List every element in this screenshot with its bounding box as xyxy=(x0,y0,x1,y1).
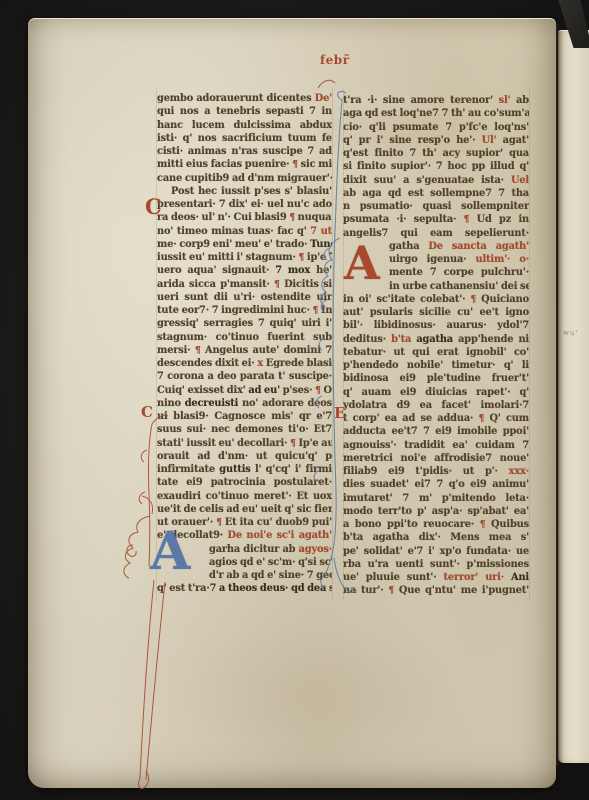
text-segment: Quibus xyxy=(491,519,529,530)
text-segment: he' xyxy=(316,265,332,276)
text-segment: ip'e 7 xyxy=(307,252,332,263)
text-segment: Angelus aute' domini 7 xyxy=(205,345,332,356)
text-segment: agios qd e' sc'm· q'si sc'a deil' xyxy=(209,557,332,568)
text-segment: bidinosa ei9 ple'tudine fruer't' xyxy=(343,373,529,384)
text-line: gatha De sancta agath' xyxy=(343,240,529,253)
text-segment: ue'it de celis ad eu' ueit q' sic fier'7 xyxy=(157,504,332,515)
text-segment: agatha xyxy=(416,334,453,345)
text-segment: aut' psularis sicilie cu' ee't igno xyxy=(343,307,529,318)
text-segment: cane cupitib9 ad d'nm migrauer'· xyxy=(157,173,332,184)
text-line: in oi' sc'itate colebat'· ¶ Quiciano xyxy=(343,293,529,306)
text-segment: dixit suu' a s'genuatae ista· xyxy=(343,175,504,186)
text-segment: nuqua' xyxy=(298,212,332,223)
folio-month-heading: febr̃ xyxy=(320,53,350,67)
text-line: mitti eius facias puenire· ¶ sic mi xyxy=(157,158,332,171)
text-line: dixit suu' a s'genuatae ista· Uel xyxy=(343,174,529,187)
text-segment: ue' pluuie sunt'· xyxy=(343,572,437,583)
text-segment: tute eor7· 7 ingredimini huc· xyxy=(157,305,310,316)
text-segment: ab aga qd est sollempne7 7 tha xyxy=(343,188,529,199)
text-line: qui nos a tenebris sepasti 7 in xyxy=(157,105,332,118)
text-line: dies suadet' ei7 7 q'o ei9 animu' xyxy=(343,478,529,491)
text-segment: filiab9 ei9 t'pidis· ut p'· xyxy=(343,466,498,477)
text-segment: psumata ·i· sepulta· xyxy=(343,214,456,225)
text-segment: decreuisti xyxy=(185,398,239,409)
text-segment: sine xyxy=(329,583,332,594)
text-segment: no' adorare deos xyxy=(242,398,332,409)
text-line: cisti· animas n'ras suscipe 7 ad xyxy=(157,145,332,158)
text-line: q'est finito 7 th' acy supior' qua xyxy=(343,147,529,160)
text-segment: cio· q'li psumate 7 p'fc'e loq'ns' xyxy=(343,122,529,133)
paraph-mark: ¶ xyxy=(464,215,470,225)
text-line: uirgo igenua· ultim'· o· xyxy=(343,253,529,266)
text-segment: e' decollat9· xyxy=(157,530,223,541)
text-segment: meretrici noi'e affrodisie7 noue' xyxy=(343,453,529,464)
text-line: pe' solidat' e'7 i' xp'o fundata· ue xyxy=(343,545,529,558)
text-segment: angelis7 qui eam sepelierunt· xyxy=(343,228,529,239)
text-line: adducta ee't7 7 ei9 imobile ppoi' xyxy=(343,425,529,438)
text-segment: ad eu' xyxy=(248,385,280,396)
text-segment: infirmitate xyxy=(157,464,215,475)
paraph-mark: ¶ xyxy=(388,586,394,596)
text-segment: sl' xyxy=(499,95,511,106)
text-segment: In xyxy=(321,305,332,316)
text-segment: hanc lucem dulcissima abdux xyxy=(157,120,332,131)
text-segment: uirgo igenua· xyxy=(389,254,466,265)
text-line: no' timeo minas tuas· fac q' 7 ut xyxy=(157,225,332,238)
paraph-mark: ¶ xyxy=(289,213,295,223)
text-line: psumata ·i· sepulta· ¶ Ud pz in xyxy=(343,213,529,226)
text-segment: modo terr'to p' asp'a· sp'abat' ea' xyxy=(343,506,529,517)
text-segment: Tunc xyxy=(310,239,332,250)
text-segment: p'ses· xyxy=(283,385,313,396)
text-line: Cuiq' exisset dix' ad eu' p'ses· ¶ Om xyxy=(157,384,332,397)
text-segment: agnouiss'· tradidit ea' cuidam 7 xyxy=(343,440,529,451)
text-line: gressiq' serragies 7 quiq' uiri i' xyxy=(157,317,332,330)
text-segment: Ud pz in xyxy=(477,214,529,225)
ruling-line xyxy=(529,87,530,601)
text-segment: Ani xyxy=(511,572,529,583)
text-segment: Que q'ntu' me i'pugnet' xyxy=(399,585,529,596)
text-line: exaudiri co'tinuo meret'· Et uox xyxy=(157,490,332,503)
text-line: mente 7 corpe pulchru'· xyxy=(343,266,529,279)
text-segment: stagnum· co'tinuo fuerint sub xyxy=(157,332,332,343)
paraph-mark: ¶ xyxy=(290,439,296,449)
text-line: rba u'ra uenti sunt'· p'missiones xyxy=(343,558,529,571)
paraph-mark: ¶ xyxy=(216,518,222,528)
text-segment: uero aqua' signauit· xyxy=(157,265,269,276)
text-segment: aga qd est loq'ne7 7 th' au co'sum'a xyxy=(343,108,529,119)
text-segment: t'ra ·i· sine amore terenor' xyxy=(343,95,493,106)
text-segment: xxx· xyxy=(509,466,529,477)
text-line: stati' iussit eu' decollari· ¶ Ip'e aute… xyxy=(157,437,332,450)
text-segment: t corp' ea ad se addua· xyxy=(343,413,473,424)
text-segment: pe' solidat' e'7 i' xp'o fundata· ue xyxy=(343,546,529,557)
text-line: gembo adorauerunt dicentes De' xyxy=(157,92,332,105)
text-line: t'ra ·i· sine amore terenor' sl' ab xyxy=(343,94,529,107)
text-line: b'ta agatha dix'· Mens mea s' xyxy=(343,531,529,544)
text-line: Post hec iussit p'ses s' blasiu' xyxy=(157,185,332,198)
text-segment: cisti· animas n'ras suscipe 7 ad xyxy=(157,146,332,157)
text-line: isti· q' nos sacrificium tuum fe xyxy=(157,132,332,145)
text-line: q' pr i' sine resp'o he'· Ul' agat' xyxy=(343,134,529,147)
text-segment: gembo adorauerunt dicentes xyxy=(157,93,311,104)
text-segment: tate ei9 patrocinia postularet· xyxy=(157,477,332,488)
text-line: tate ei9 patrocinia postularet· xyxy=(157,476,332,489)
text-segment: q' auam ei9 diuicias rapet'· q' xyxy=(343,387,529,398)
text-segment: descendes dixit ei· xyxy=(157,358,255,369)
text-line: aga qd est loq'ne7 7 th' au co'sum'a xyxy=(343,107,529,120)
text-segment: Q' cum xyxy=(489,413,529,424)
paraph-mark: ¶ xyxy=(479,414,485,424)
text-segment: qui nos a tenebris sepasti 7 in xyxy=(157,106,332,117)
text-line: bil'· libidinosus· auarus· ydol'7 xyxy=(343,319,529,332)
text-segment: ab xyxy=(516,95,529,106)
text-line: p'hendedo nobile' timetur· q' li xyxy=(343,359,529,372)
text-line: ab aga qd est sollempne7 7 tha xyxy=(343,187,529,200)
text-segment: Uel xyxy=(511,175,529,186)
text-segment: ueri sunt dii u'ri· ostendite uir xyxy=(157,292,332,303)
text-segment: stati' iussit eu' decollari· xyxy=(157,438,287,449)
text-segment: in oi' sc'itate colebat'· xyxy=(343,294,465,305)
paraph-mark: ¶ xyxy=(274,280,280,290)
text-line: a bono ppi'to reuocare· ¶ Quibus xyxy=(343,518,529,531)
text-segment: exaudiri co'tinuo meret'· Et uox xyxy=(157,491,332,502)
text-segment: x xyxy=(257,358,263,369)
text-segment: a bono ppi'to reuocare· xyxy=(343,519,474,530)
text-segment: deditus· xyxy=(343,334,386,345)
text-segment: rba u'ra uenti sunt'· p'missiones xyxy=(343,559,529,570)
text-line: agnouiss'· tradidit ea' cuidam 7 xyxy=(343,439,529,452)
text-segment: ra deos· ul' n'· Cui blasi9 xyxy=(157,212,287,223)
text-segment: p'hendedo nobile' timetur· q' li xyxy=(343,360,529,371)
text-segment: 7 corona a deo parata t' suscipe· xyxy=(157,371,332,382)
text-column-left: gembo adorauerunt dicentes De'qui nos a … xyxy=(157,92,332,596)
text-line: deditus· b'ta agatha app'hende ni xyxy=(343,333,529,346)
text-segment: q'est finito 7 th' acy supior' qua xyxy=(343,148,529,159)
text-segment: orauit ad d'nm· ut quicu'q' p xyxy=(157,451,332,462)
text-line: ut orauer'· ¶ Et ita cu' duob9 pui' xyxy=(157,516,332,529)
text-line: bidinosa ei9 ple'tudine fruer't' xyxy=(343,372,529,385)
text-line: aut' psularis sicilie cu' ee't igno xyxy=(343,306,529,319)
text-segment: Om xyxy=(323,385,332,396)
text-segment: suus sui· nec demones ti'o· Et7 xyxy=(157,424,332,435)
text-line: cio· q'li psumate 7 p'fc'e loq'ns' xyxy=(343,121,529,134)
text-segment: b'ta agatha dix'· Mens mea s' xyxy=(343,532,529,543)
text-segment: iussit eu' mitti i' stagnum· xyxy=(157,252,296,263)
text-line: d'r ab a qd e' sine· 7 geos7 xyxy=(157,569,332,582)
text-segment: app'hende ni xyxy=(458,334,529,345)
text-line: 7 corona a deo parata t' suscipe· xyxy=(157,370,332,383)
text-segment: gressiq' serragies 7 quiq' uiri i' xyxy=(157,318,332,329)
text-segment: adducta ee't7 7 ei9 imobile ppoi' xyxy=(343,426,529,437)
text-segment: presentari· 7 dix' ei· uel nu'c ado xyxy=(157,199,332,210)
text-segment: De' xyxy=(315,93,332,104)
text-line: hanc lucem dulcissima abdux xyxy=(157,119,332,132)
text-segment: a theos deus· qd dea xyxy=(219,583,326,594)
text-segment: De sancta agath' xyxy=(428,241,529,252)
text-segment: garha dicitur ab xyxy=(209,544,295,555)
parchment-stain xyxy=(178,619,458,769)
text-line: arida sicca p'mansit· ¶ Dicitis si xyxy=(157,278,332,291)
photo-backdrop: wu' febr̃ gembo adorauerunt dicentes De'… xyxy=(0,0,589,800)
text-line: tebatur· ut qui erat ignobil' co' xyxy=(343,346,529,359)
text-line: suus sui· nec demones ti'o· Et7 xyxy=(157,423,332,436)
text-segment: agat' xyxy=(503,135,529,146)
text-line: tute eor7· 7 ingredimini huc· ¶ In xyxy=(157,304,332,317)
text-segment: n psumatio· quasi sollempniter xyxy=(343,201,529,212)
text-line: modo terr'to p' asp'a· sp'abat' ea' xyxy=(343,505,529,518)
text-segment: sic mi xyxy=(301,159,332,170)
text-line: garha dicitur ab agyos· xyxy=(157,543,332,556)
paraph-mark: ¶ xyxy=(480,520,486,530)
text-segment: isti· q' nos sacrificium tuum fe xyxy=(157,133,332,144)
text-segment: imutaret' 7 m' p'mitendo leta· xyxy=(343,493,529,504)
text-segment: gatha xyxy=(389,241,419,252)
paraph-mark: ¶ xyxy=(315,386,321,396)
paraph-mark: ¶ xyxy=(470,295,476,305)
text-line: imutaret' 7 m' p'mitendo leta· xyxy=(343,492,529,505)
text-segment: Dicitis si xyxy=(284,279,332,290)
text-segment: no' timeo minas tuas· fac q' xyxy=(157,226,307,237)
text-segment: Ul' xyxy=(482,135,497,146)
paraph-mark: ¶ xyxy=(195,346,201,356)
text-line: mersi· ¶ Angelus aute' domini 7 xyxy=(157,344,332,357)
paraph-mark: ¶ xyxy=(292,160,298,170)
text-segment: mente 7 corpe pulchru'· xyxy=(389,267,529,278)
text-line: cane cupitib9 ad d'nm migrauer'· xyxy=(157,172,332,185)
text-segment: si finito supior'· 7 hoc pp illud q' xyxy=(343,161,529,172)
text-line: orauit ad d'nm· ut quicu'q' p xyxy=(157,450,332,463)
text-line: me· corp9 eni' meu' e' trado· Tunc xyxy=(157,238,332,251)
text-segment: terror' uri· xyxy=(444,572,505,583)
text-line: ui blasi9· Cagnosce mis' qr e'7 xyxy=(157,410,332,423)
text-line: q' est t'ra·7 a theos deus· qd dea sine xyxy=(157,582,332,595)
text-segment: na tur'· xyxy=(343,585,384,596)
text-line: si finito supior'· 7 hoc pp illud q' xyxy=(343,160,529,173)
text-segment: bil'· libidinosus· auarus· ydol'7 xyxy=(343,320,529,331)
text-line: e' decollat9· De noi'e sc'i agath' xyxy=(157,529,332,542)
text-segment: mitti eius facias puenire· xyxy=(157,159,289,170)
text-line: ueri sunt dii u'ri· ostendite uir xyxy=(157,291,332,304)
ruling-line xyxy=(332,87,333,601)
text-line: nino decreuisti no' adorare deos xyxy=(157,397,332,410)
text-line: in urbe cathanensiu' dei semp xyxy=(343,280,529,293)
text-segment: q' pr i' sine resp'o he'· xyxy=(343,135,475,146)
text-segment: me· corp9 eni' meu' e' trado· xyxy=(157,239,307,250)
text-segment: dies suadet' ei7 7 q'o ei9 animu' xyxy=(343,479,529,490)
text-line: angelis7 qui eam sepelierunt· xyxy=(343,227,529,240)
text-segment: Egrede blasi xyxy=(266,358,332,369)
text-segment: mersi· xyxy=(157,345,191,356)
text-segment: d'r ab a qd e' sine· 7 geos7 xyxy=(209,570,332,581)
text-segment: ut orauer'· xyxy=(157,517,213,528)
text-line: presentari· 7 dix' ei· uel nu'c ado xyxy=(157,198,332,211)
text-line: uero aqua' signauit· 7 mox he' xyxy=(157,264,332,277)
text-line: na tur'· ¶ Que q'ntu' me i'pugnet' xyxy=(343,584,529,597)
text-line: n psumatio· quasi sollempniter xyxy=(343,200,529,213)
text-line: ue' pluuie sunt'· terror' uri· Ani xyxy=(343,571,529,584)
text-segment: ultim'· o· xyxy=(475,254,529,265)
text-segment: guttis xyxy=(219,464,250,475)
text-line: stagnum· co'tinuo fuerint sub xyxy=(157,331,332,344)
text-segment: agyos· xyxy=(299,544,332,555)
text-segment: tebatur· ut qui erat ignobil' co' xyxy=(343,347,529,358)
text-line: t corp' ea ad se addua· ¶ Q' cum xyxy=(343,412,529,425)
text-segment: q' est t'ra·7 xyxy=(157,583,216,594)
text-segment: b'ta xyxy=(391,334,411,345)
text-segment: Cuiq' exisset dix' xyxy=(157,385,246,396)
text-segment: Post hec iussit p'ses s' blasiu' xyxy=(171,186,332,197)
text-line: descendes dixit ei· x Egrede blasi xyxy=(157,357,332,370)
text-segment: in urbe cathanensiu' dei semp xyxy=(389,281,529,292)
text-segment: nino xyxy=(157,398,181,409)
show-through-marks: wu' xyxy=(563,329,579,338)
text-line: filiab9 ei9 t'pidis· ut p'· xxx· xyxy=(343,465,529,478)
text-segment: 7 ut xyxy=(310,226,332,237)
text-segment: Ip'e aute' xyxy=(298,438,332,449)
text-line: meretrici noi'e affrodisie7 noue' xyxy=(343,452,529,465)
text-segment: ui blasi9· Cagnosce mis' qr e'7 xyxy=(157,411,332,422)
text-line: q' auam ei9 diuicias rapet'· q' xyxy=(343,386,529,399)
text-segment: ydolatra d9 ea facet' imolari·7 xyxy=(343,400,529,411)
text-line: ue'it de celis ad eu' ueit q' sic fier'7 xyxy=(157,503,332,516)
text-line: iussit eu' mitti i' stagnum· ¶ ip'e 7 xyxy=(157,251,332,264)
text-column-right: t'ra ·i· sine amore terenor' sl' abaga q… xyxy=(343,94,529,598)
text-segment: De noi'e sc'i agath' xyxy=(227,530,332,541)
text-line: ydolatra d9 ea facet' imolari·7 xyxy=(343,399,529,412)
text-segment: Quiciano xyxy=(481,294,529,305)
text-segment: l' q'cq' i' firmi xyxy=(255,464,332,475)
next-page-edge: wu' xyxy=(558,30,589,763)
text-line: ra deos· ul' n'· Cui blasi9 ¶ nuqua' xyxy=(157,211,332,224)
text-line: agios qd e' sc'm· q'si sc'a deil' xyxy=(157,556,332,569)
text-segment: Et ita cu' duob9 pui' xyxy=(225,517,332,528)
text-segment: arida sicca p'mansit· xyxy=(157,279,270,290)
text-line: infirmitate guttis l' q'cq' i' firmi xyxy=(157,463,332,476)
text-segment: 7 mox xyxy=(275,265,310,276)
paraph-mark: ¶ xyxy=(313,306,319,316)
paraph-mark: ¶ xyxy=(299,253,305,263)
